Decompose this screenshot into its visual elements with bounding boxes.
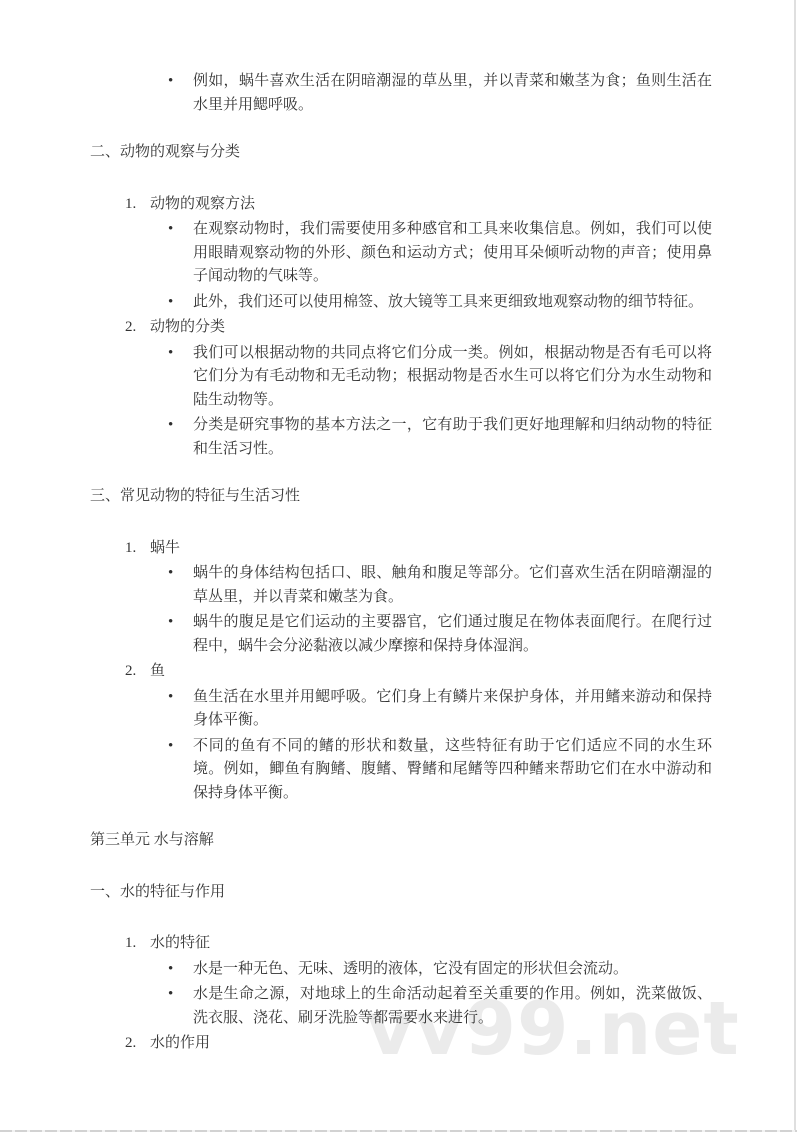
page-right-border <box>794 0 796 1131</box>
bullet-list-item: •蜗牛的身体结构包括口、眼、触角和腹足等部分。它们喜欢生活在阴暗潮湿的草丛里，并… <box>90 562 712 609</box>
bullet-icon: • <box>168 218 193 289</box>
bullet-icon: • <box>168 686 193 733</box>
bullet-icon: • <box>168 291 193 315</box>
numbered-item-marker: 2. <box>125 1032 150 1056</box>
numbered-list-item: 1.动物的观察方法 <box>90 193 712 217</box>
numbered-item-marker: 2. <box>125 316 150 340</box>
bullet-list-item: •鱼生活在水里并用鳃呼吸。它们身上有鳞片来保护身体，并用鳍来游动和保持身体平衡。 <box>90 686 712 733</box>
numbered-list-item: 1.蜗牛 <box>90 537 712 561</box>
numbered-list-item: 1.水的特征 <box>90 932 712 956</box>
bullet-item-text: 在观察动物时，我们需要使用多种感官和工具来收集信息。例如，我们可以使用眼睛观察动… <box>193 218 712 289</box>
bullet-item-text: 鱼生活在水里并用鳃呼吸。它们身上有鳞片来保护身体，并用鳍来游动和保持身体平衡。 <box>193 686 712 733</box>
bullet-icon: • <box>168 983 193 1030</box>
bullet-item-text: 蜗牛的腹足是它们运动的主要器官，它们通过腹足在物体表面爬行。在爬行过程中，蜗牛会… <box>193 611 712 658</box>
bullet-list-item: •水是生命之源，对地球上的生命活动起着至关重要的作用。例如，洗菜做饭、洗衣服、浇… <box>90 983 712 1030</box>
bullet-icon: • <box>168 958 193 982</box>
numbered-list-item: 2.鱼 <box>90 660 712 684</box>
bullet-list-item: •水是一种无色、无味、透明的液体，它没有固定的形状但会流动。 <box>90 958 712 982</box>
bullet-item-text: 分类是研究事物的基本方法之一，它有助于我们更好地理解和归纳动物的特征和生活习性。 <box>193 414 712 461</box>
numbered-item-marker: 1. <box>125 537 150 561</box>
bullet-icon: • <box>168 562 193 609</box>
numbered-item-text: 水的作用 <box>150 1032 712 1056</box>
bullet-icon: • <box>168 735 193 806</box>
numbered-item-text: 蜗牛 <box>150 537 712 561</box>
bullet-list-item: •分类是研究事物的基本方法之一，它有助于我们更好地理解和归纳动物的特征和生活习性… <box>90 414 712 461</box>
bullet-list-item: •蜗牛的腹足是它们运动的主要器官，它们通过腹足在物体表面爬行。在爬行过程中，蜗牛… <box>90 611 712 658</box>
section-heading: 二、动物的观察与分类 <box>90 141 712 165</box>
numbered-item-text: 鱼 <box>150 660 712 684</box>
numbered-item-marker: 1. <box>125 193 150 217</box>
numbered-list-item: 2.水的作用 <box>90 1032 712 1056</box>
section-heading-text: 二、动物的观察与分类 <box>90 144 240 160</box>
bullet-item-text: 此外，我们还可以使用棉签、放大镜等工具来更细致地观察动物的细节特征。 <box>193 291 712 315</box>
bullet-list-item: •此外，我们还可以使用棉签、放大镜等工具来更细致地观察动物的细节特征。 <box>90 291 712 315</box>
bullet-icon: • <box>168 70 193 117</box>
bullet-item-text: 例如，蜗牛喜欢生活在阴暗潮湿的草丛里，并以青菜和嫩茎为食；鱼则生活在水里并用鳃呼… <box>193 70 712 117</box>
bullet-icon: • <box>168 611 193 658</box>
bullet-item-text: 不同的鱼有不同的鳍的形状和数量，这些特征有助于它们适应不同的水生环境。例如，鲫鱼… <box>193 735 712 806</box>
bullet-item-text: 水是生命之源，对地球上的生命活动起着至关重要的作用。例如，洗菜做饭、洗衣服、浇花… <box>193 983 712 1030</box>
section-heading: 三、常见动物的特征与生活习性 <box>90 485 712 509</box>
numbered-item-text: 水的特征 <box>150 932 712 956</box>
bullet-item-text: 我们可以根据动物的共同点将它们分成一类。例如，根据动物是否有毛可以将它们分为有毛… <box>193 342 712 413</box>
document-page: vv99.net •例如，蜗牛喜欢生活在阴暗潮湿的草丛里，并以青菜和嫩茎为食；鱼… <box>0 0 800 1137</box>
bullet-list-item: •我们可以根据动物的共同点将它们分成一类。例如，根据动物是否有毛可以将它们分为有… <box>90 342 712 413</box>
section-heading: 第三单元 水与溶解 <box>90 829 712 853</box>
bullet-list-item: •不同的鱼有不同的鳍的形状和数量，这些特征有助于它们适应不同的水生环境。例如，鲫… <box>90 735 712 806</box>
bullet-item-text: 水是一种无色、无味、透明的液体，它没有固定的形状但会流动。 <box>193 958 712 982</box>
numbered-item-text: 动物的观察方法 <box>150 193 712 217</box>
bullet-item-text: 蜗牛的身体结构包括口、眼、触角和腹足等部分。它们喜欢生活在阴暗潮湿的草丛里，并以… <box>193 562 712 609</box>
document-content: •例如，蜗牛喜欢生活在阴暗潮湿的草丛里，并以青菜和嫩茎为食；鱼则生活在水里并用鳃… <box>90 70 712 1058</box>
numbered-item-marker: 1. <box>125 932 150 956</box>
section-heading-text: 第三单元 水与溶解 <box>90 832 214 848</box>
numbered-item-text: 动物的分类 <box>150 316 712 340</box>
section-heading-text: 三、常见动物的特征与生活习性 <box>90 488 300 504</box>
section-heading: 一、水的特征与作用 <box>90 881 712 905</box>
numbered-item-marker: 2. <box>125 660 150 684</box>
bullet-icon: • <box>168 342 193 413</box>
bullet-list-item: •在观察动物时，我们需要使用多种感官和工具来收集信息。例如，我们可以使用眼睛观察… <box>90 218 712 289</box>
section-heading-text: 一、水的特征与作用 <box>90 884 225 900</box>
bullet-icon: • <box>168 414 193 461</box>
bullet-list-item: •例如，蜗牛喜欢生活在阴暗潮湿的草丛里，并以青菜和嫩茎为食；鱼则生活在水里并用鳃… <box>90 70 712 117</box>
numbered-list-item: 2.动物的分类 <box>90 316 712 340</box>
page-bottom-divider <box>0 1130 797 1132</box>
